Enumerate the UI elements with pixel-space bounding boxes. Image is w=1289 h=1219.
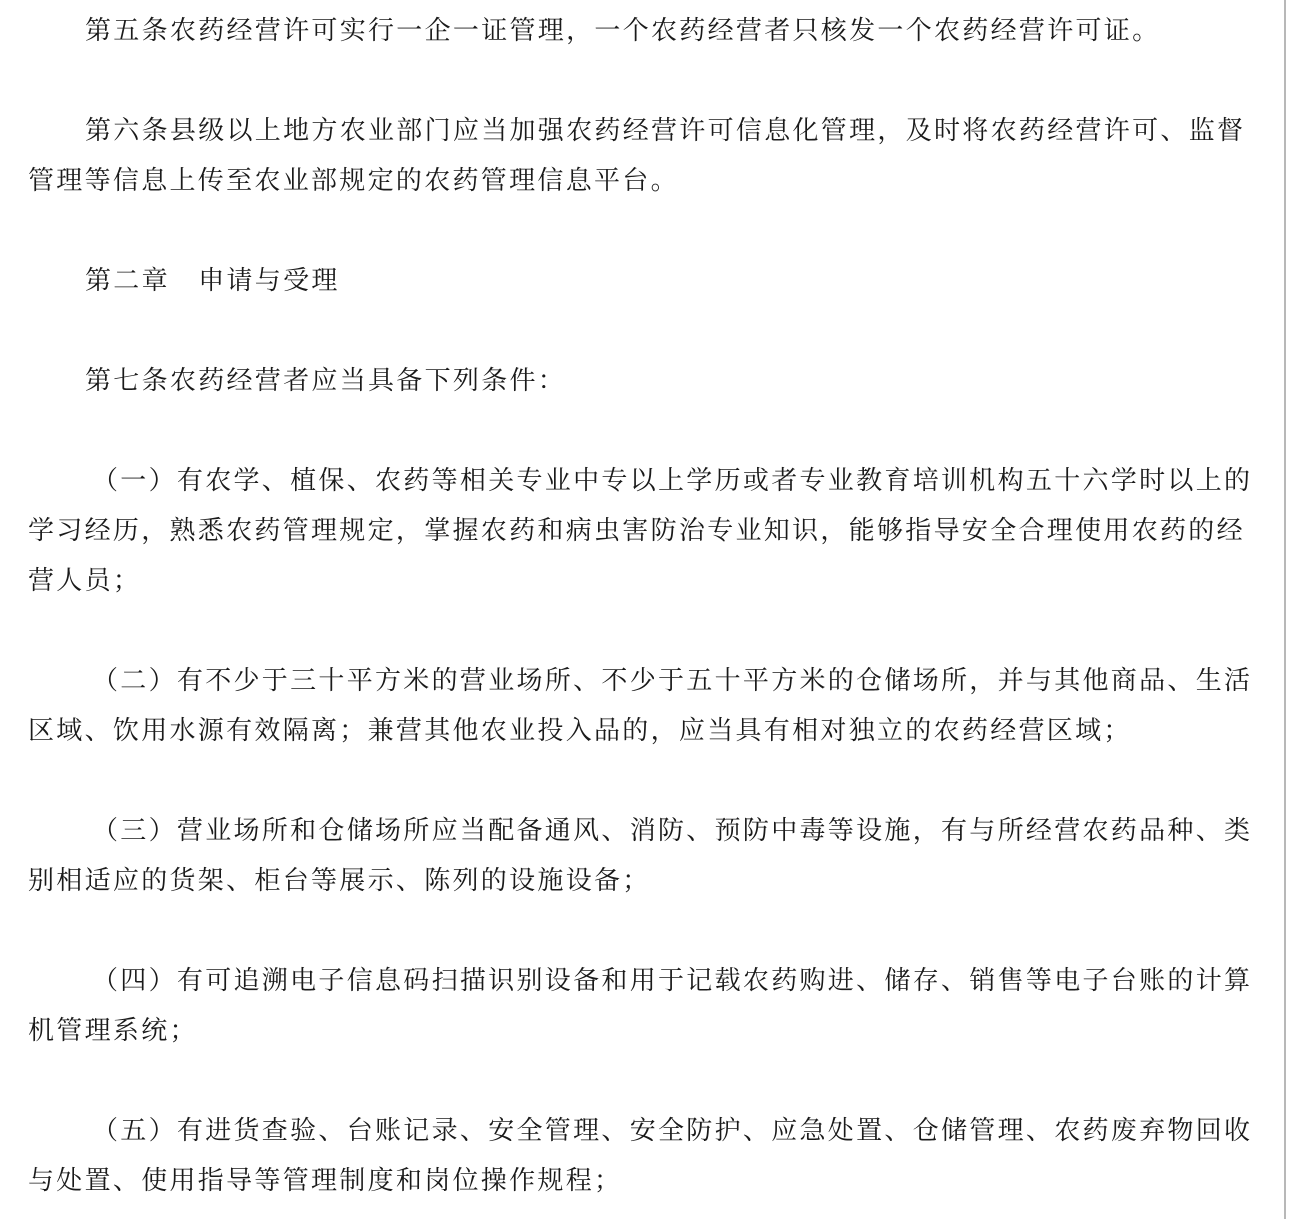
condition-3-line-1: （三）营业场所和仓储场所应当配备通风、消防、预防中毒等设施，有与所经营农药品种、… (92, 806, 1252, 856)
article-7-line-1: 第七条农药经营者应当具备下列条件： (85, 356, 566, 406)
article-6-line-2: 管理等信息上传至农业部规定的农药管理信息平台。 (28, 156, 679, 206)
condition-5-line-1: （五）有进货查验、台账记录、安全管理、安全防护、应急处置、仓储管理、农药废弃物回… (92, 1106, 1252, 1156)
condition-2-line-1: （二）有不少于三十平方米的营业场所、不少于五十平方米的仓储场所，并与其他商品、生… (92, 656, 1252, 706)
document-page: 第五条农药经营许可实行一企一证管理，一个农药经营者只核发一个农药经营许可证。 第… (0, 0, 1284, 1219)
condition-4-line-1: （四）有可追溯电子信息码扫描识别设备和用于记载农药购进、储存、销售等电子台账的计… (92, 956, 1252, 1006)
article-6-line-1: 第六条县级以上地方农业部门应当加强农药经营许可信息化管理，及时将农药经营许可、监… (85, 106, 1245, 156)
chapter-heading: 第二章 申请与受理 (85, 256, 340, 306)
condition-3-line-2: 别相适应的货架、柜台等展示、陈列的设施设备； (28, 856, 651, 906)
condition-1-line-2: 学习经历，熟悉农药管理规定，掌握农药和病虫害防治专业知识，能够指导安全合理使用农… (28, 506, 1245, 556)
condition-4-line-2: 机管理系统； (28, 1006, 198, 1056)
condition-1-line-1: （一）有农学、植保、农药等相关专业中专以上学历或者专业教育培训机构五十六学时以上… (92, 456, 1252, 506)
page-right-edge (1284, 0, 1286, 1219)
condition-2-line-2: 区域、饮用水源有效隔离；兼营其他农业投入品的，应当具有相对独立的农药经营区域； (28, 706, 1132, 756)
condition-5-line-2: 与处置、使用指导等管理制度和岗位操作规程； (28, 1156, 622, 1206)
condition-1-line-3: 营人员； (28, 556, 141, 606)
article-5-line-1: 第五条农药经营许可实行一企一证管理，一个农药经营者只核发一个农药经营许可证。 (85, 6, 1160, 56)
